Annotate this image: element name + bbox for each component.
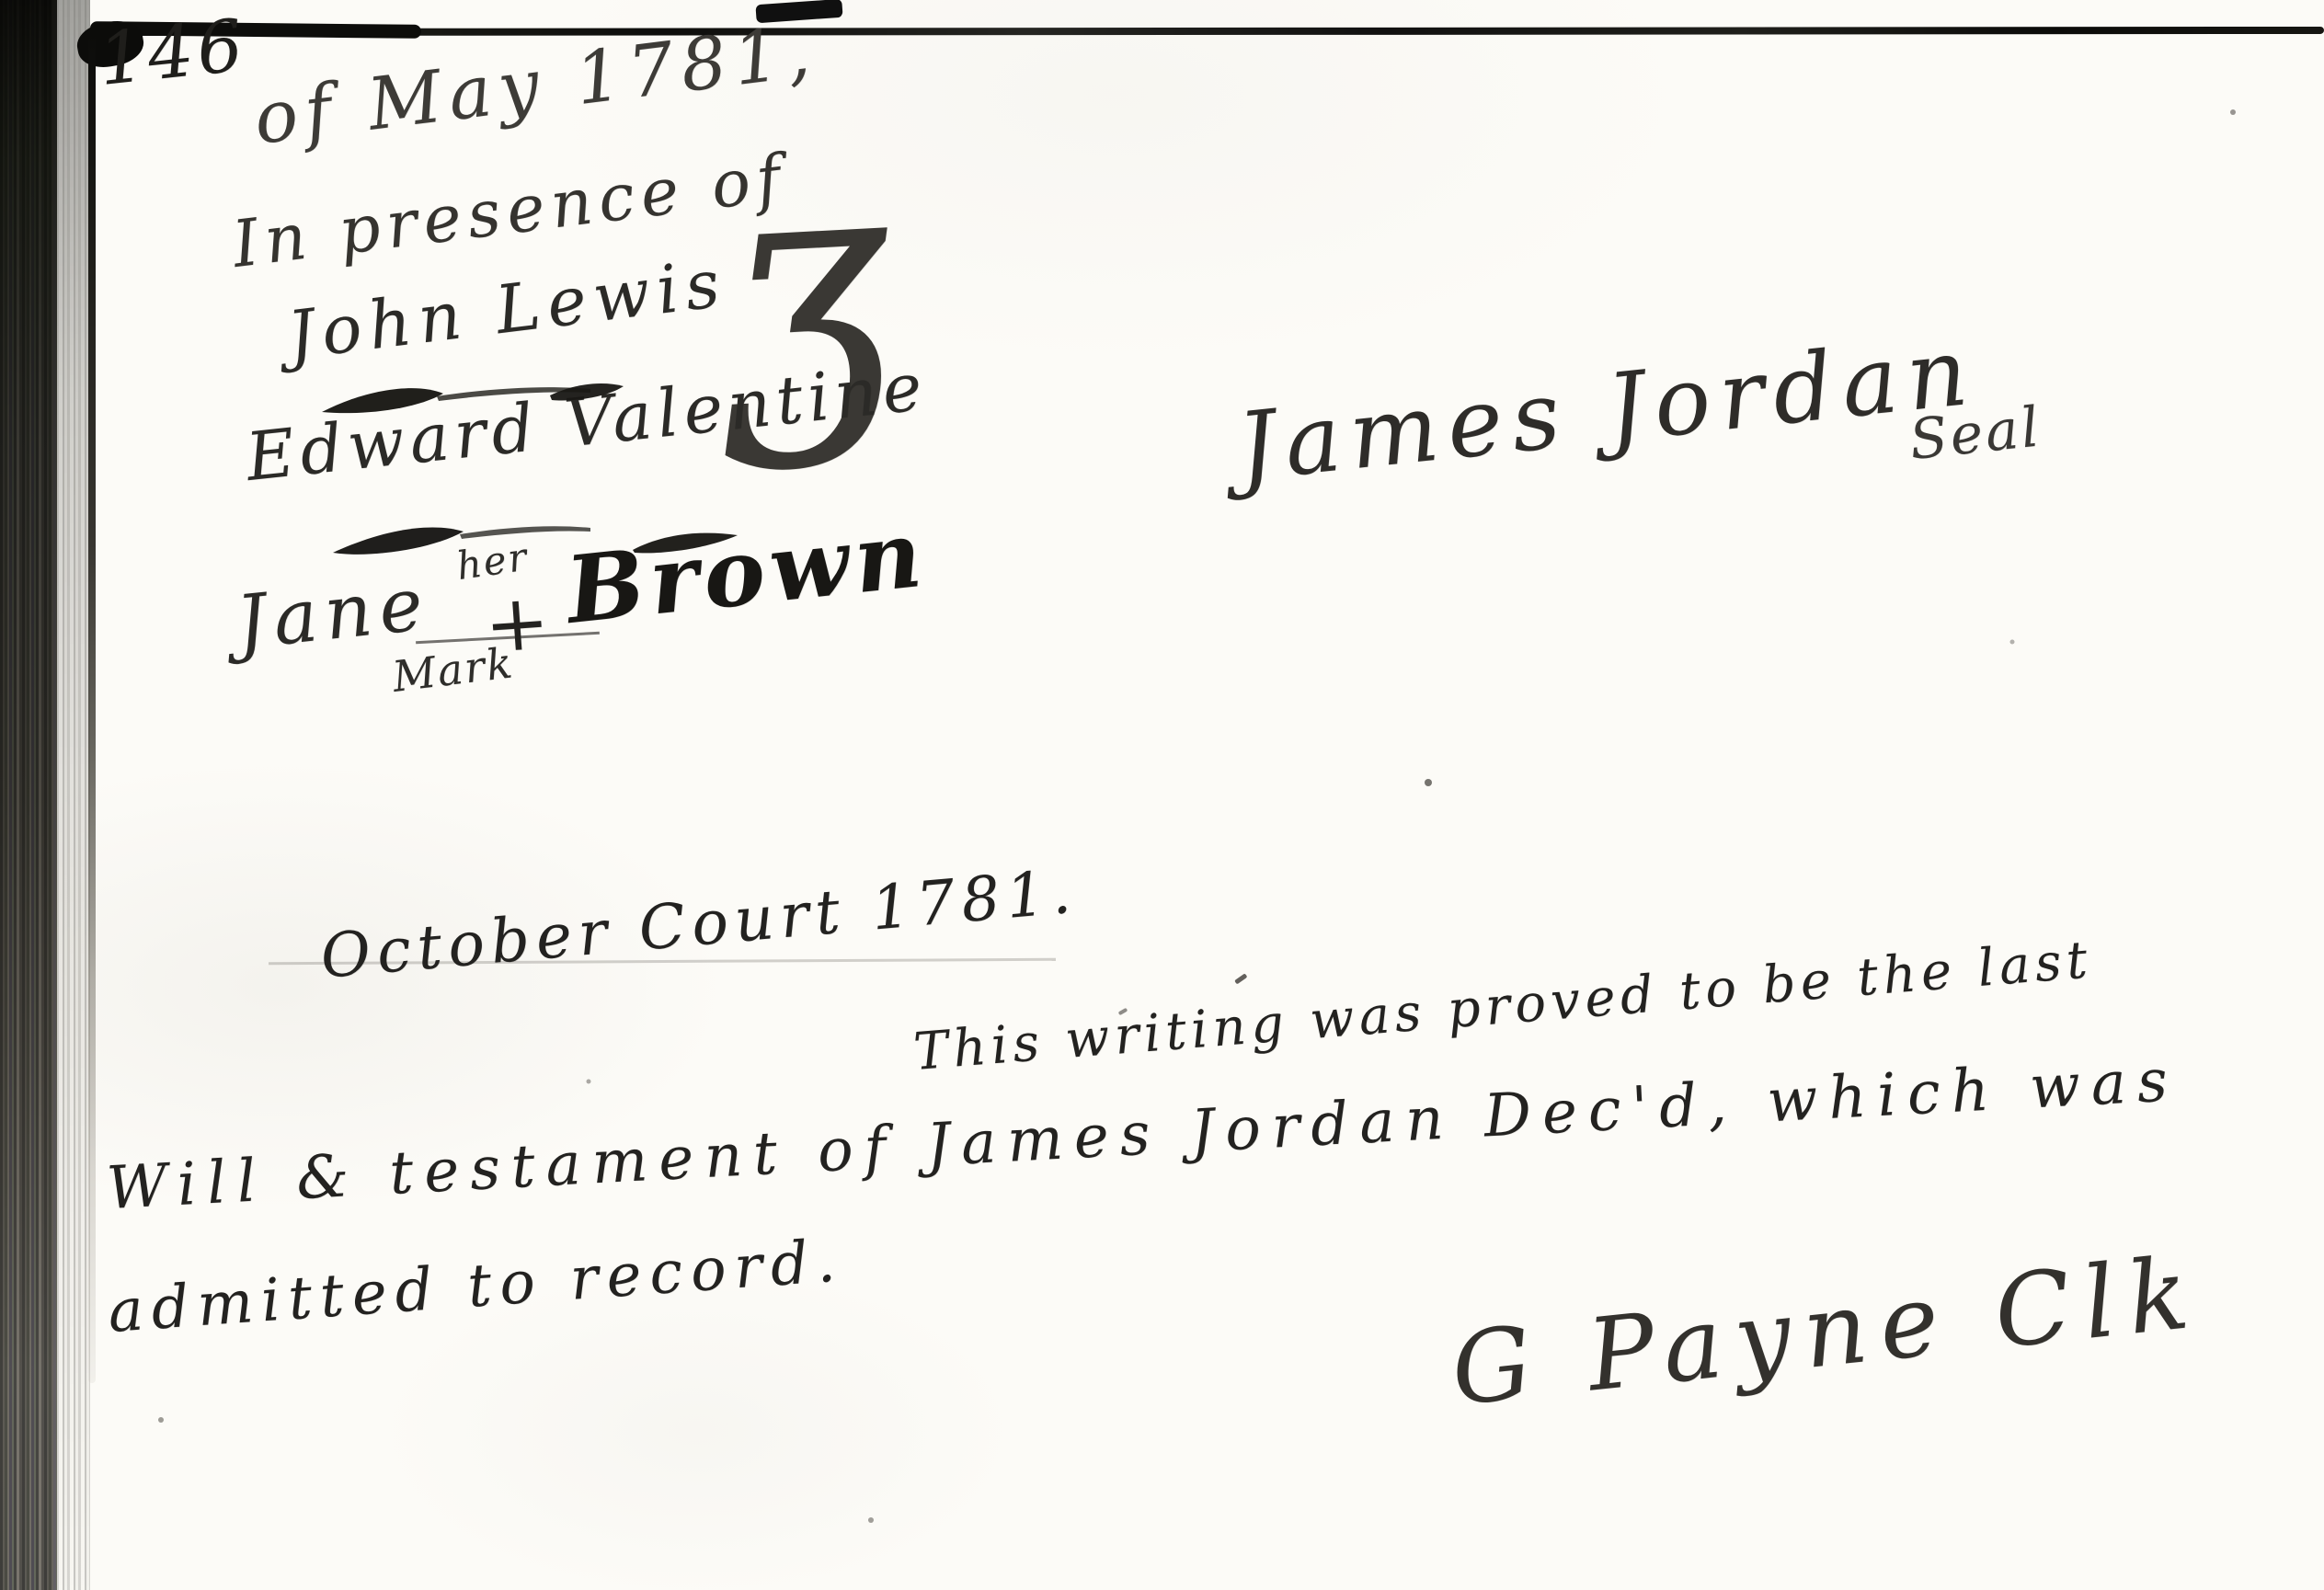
- page-left-rule-line: [88, 31, 96, 1383]
- book-gutter-scan-artifact: [0, 0, 57, 1590]
- witness-name-jane: Jane: [233, 565, 433, 662]
- testator-signature-james-jordan: James Jordan: [1233, 322, 1981, 498]
- page-number: 146: [95, 9, 250, 99]
- book-gutter-fade: [52, 0, 90, 1590]
- probate-proved-line-1: This writing was proved to be the last: [911, 933, 2094, 1080]
- probate-proved-line-3: admitted to record.: [106, 1230, 845, 1344]
- probate-court-line: October Court 1781.: [318, 859, 1080, 989]
- probate-proved-line-2: Will & testament of James Jordan Dec'd, …: [105, 1050, 2180, 1220]
- page-top-rule-line: [88, 27, 2324, 36]
- mark-word-mark: Mark: [390, 640, 516, 699]
- clerk-signature: G Payne Clk: [1447, 1241, 2206, 1423]
- seal-word: Seal: [1906, 398, 2044, 470]
- will-record-page-scan: 146 of May 1781, In presence of ʒ John L…: [0, 0, 2324, 1590]
- witness-name-brown: Brown: [562, 506, 932, 639]
